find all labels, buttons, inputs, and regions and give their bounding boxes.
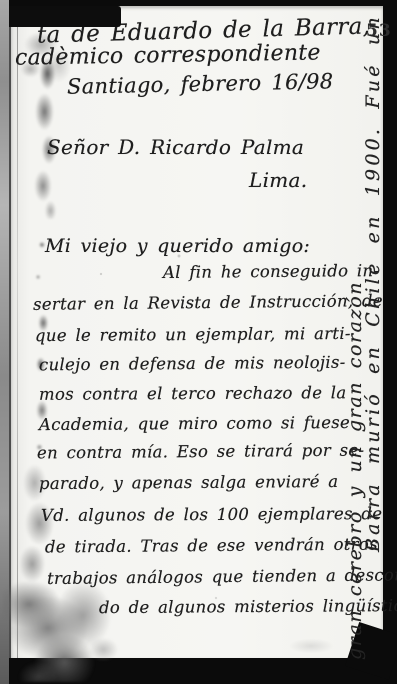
body-line: mos contra el terco rechazo de la	[39, 383, 347, 404]
body-line: que le remito un ejemplar, mi arti-	[35, 324, 351, 345]
body-line: Al fin he conseguido in-	[163, 261, 379, 282]
body-line: de tirada. Tras de ese vendrán otros	[45, 535, 378, 557]
body-line: culejo en defensa de mis neolojis-	[39, 353, 346, 375]
margin-note-line2: gran cerebro y un gran corazón	[344, 325, 366, 660]
body-line: Academia, que miro como si fuese	[39, 413, 350, 434]
letter-page: ta de Eduardo de la Barra, cadèmico corr…	[9, 6, 383, 658]
body-line: parado, y apenas salga enviaré a	[39, 472, 339, 493]
salutation: Mi viejo y querido amigo:	[45, 235, 310, 257]
recipient-city: Lima.	[249, 168, 307, 192]
body-line: Vd. algunos de los 100 ejemplares de	[41, 504, 382, 525]
top-black-bar	[9, 6, 121, 27]
dateline: Santiago, febrero 16/98	[67, 69, 334, 99]
stain-bottom-left	[3, 574, 121, 682]
body-line: sertar en la Revista de Instrucción, de	[33, 291, 383, 314]
body-line: en contra mía. Eso se tirará por se-	[37, 441, 364, 463]
recipient-name: Señor D. Ricardo Palma	[47, 135, 304, 159]
archive-note-line2: cadèmico correspondiente	[15, 40, 321, 70]
scanned-letter-photo: ta de Eduardo de la Barra, cadèmico corr…	[0, 0, 397, 684]
